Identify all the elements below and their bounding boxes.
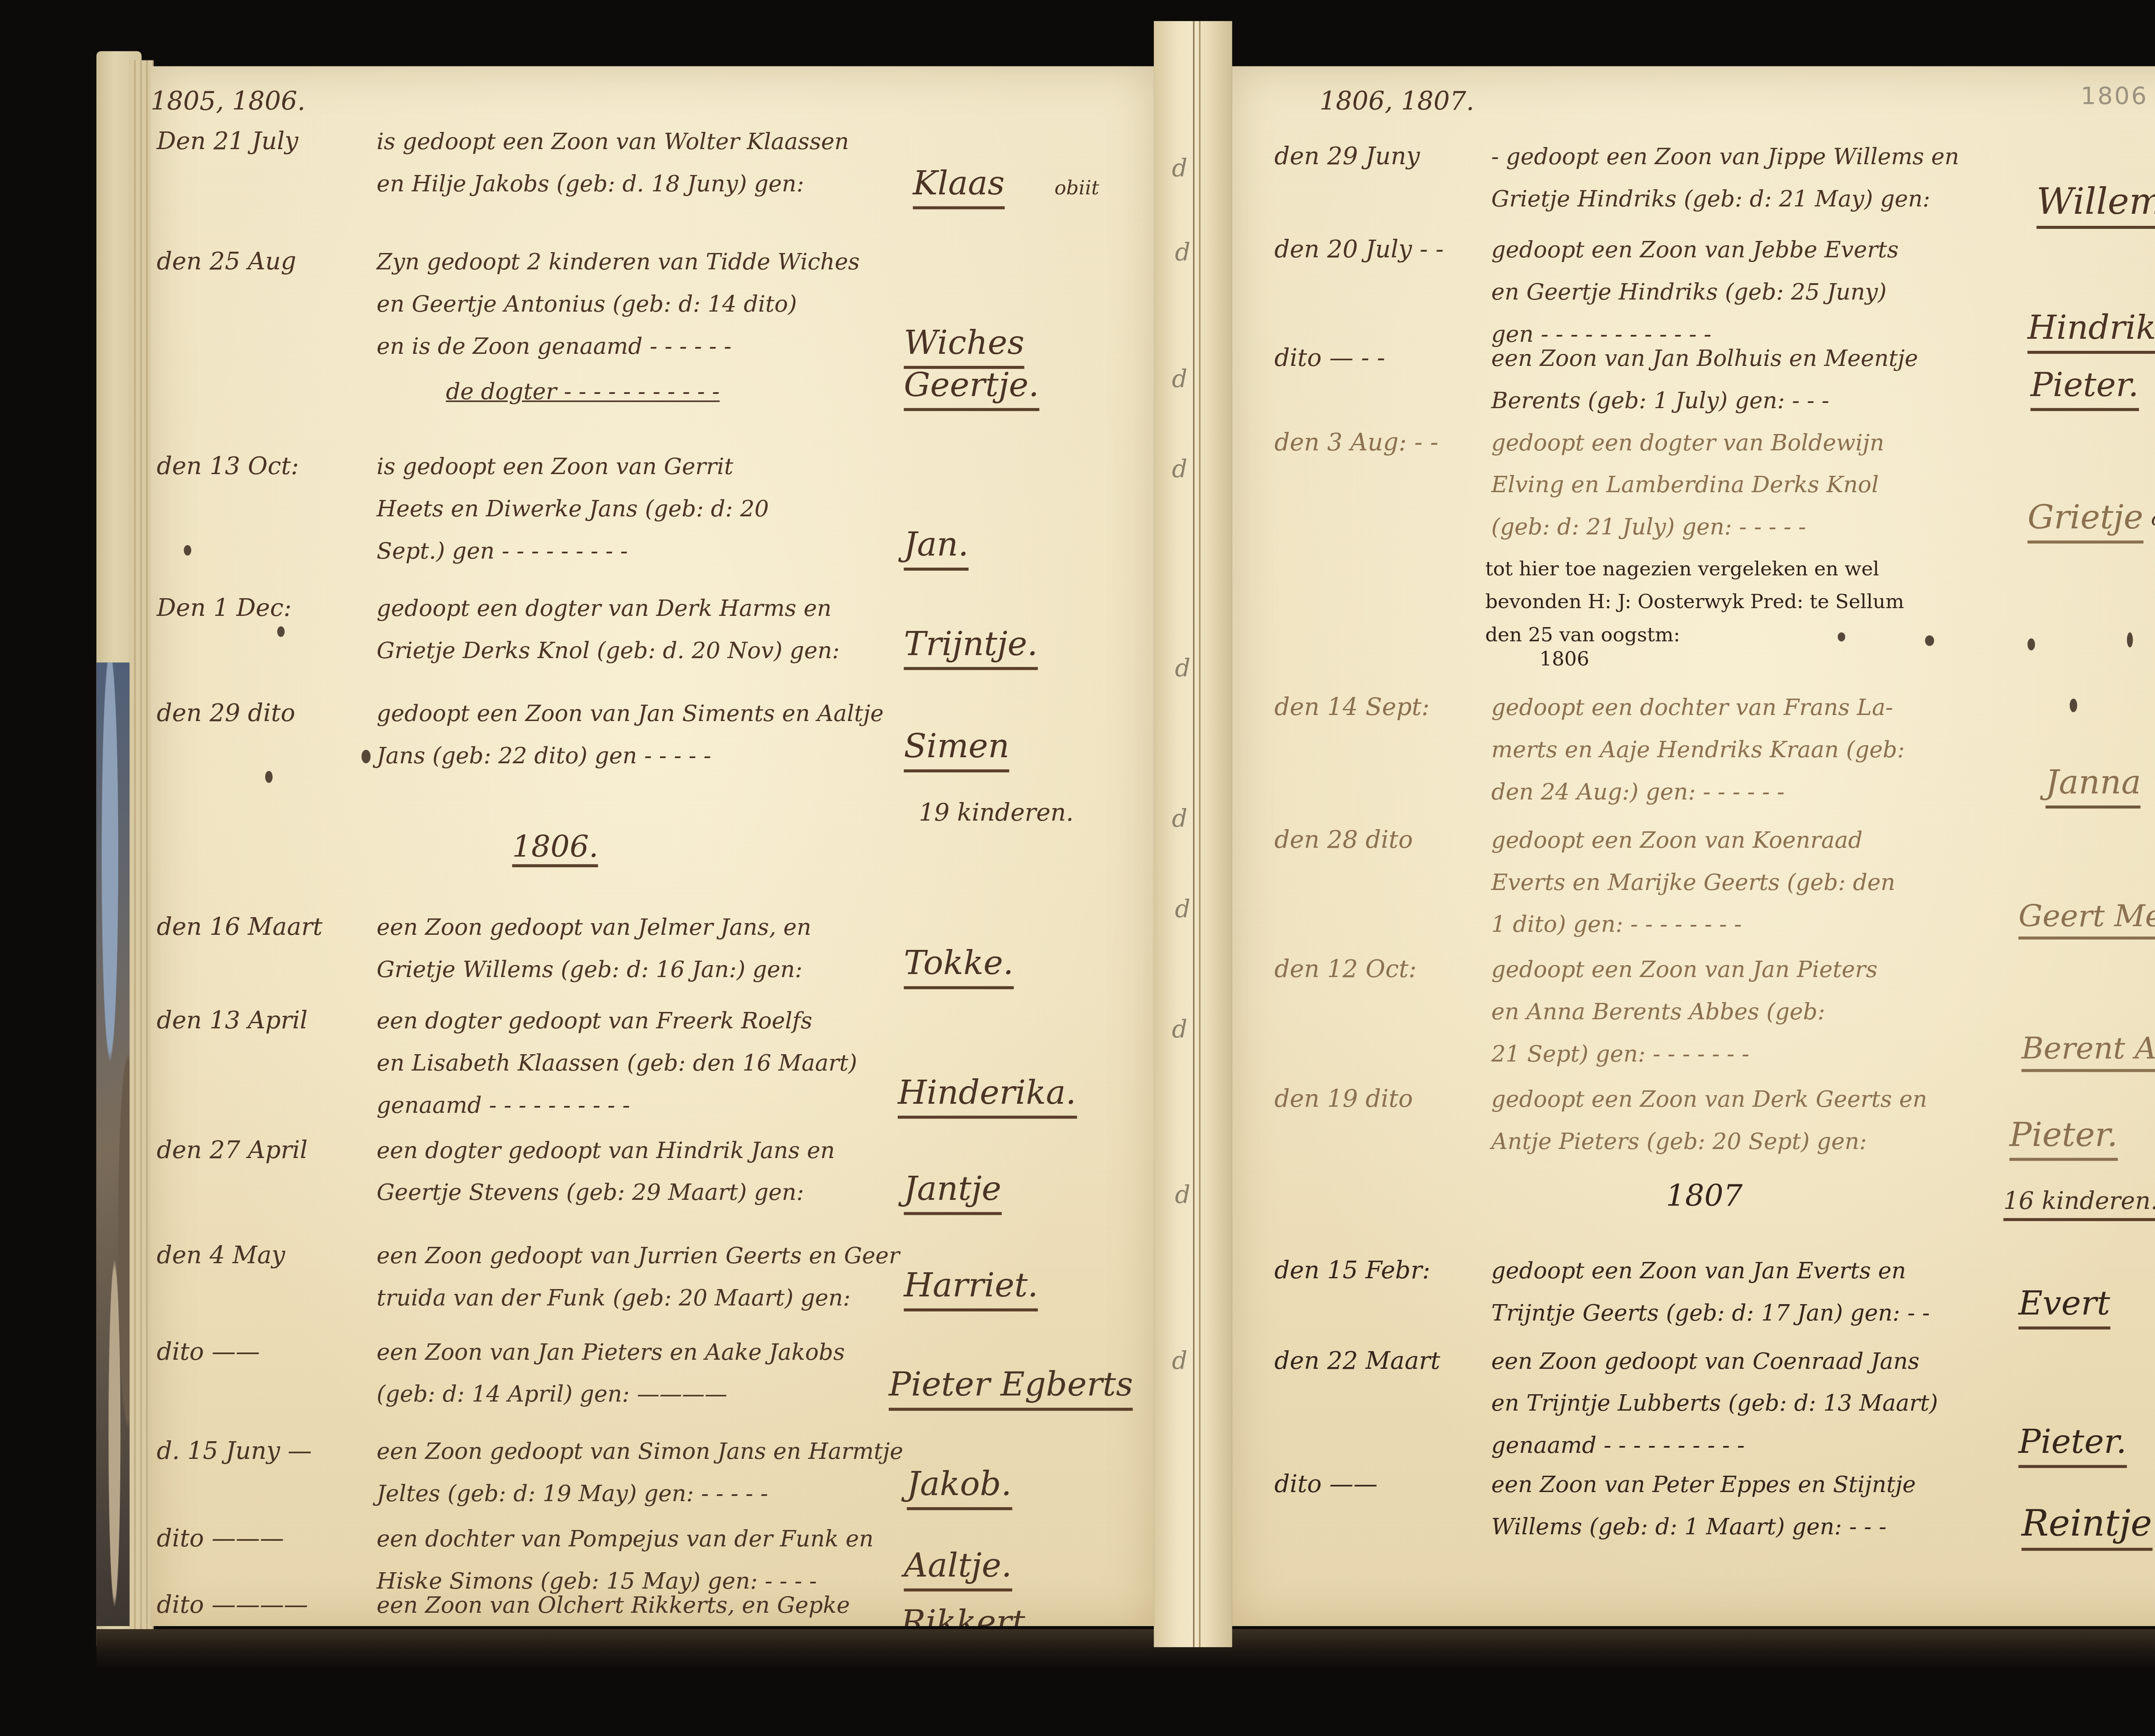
entry-date: den 14 Sept: <box>1274 693 1430 721</box>
entry-line: en Trijntje Lubberts (geb: d: 13 Maart) <box>1491 1382 1938 1424</box>
child-name: Pieter. <box>2018 1424 2127 1468</box>
entry-line: een Zoon gedoopt van Simon Jans en Harmt… <box>377 1430 903 1473</box>
entry-line: Grietje Willems (geb: d: 16 Jan:) gen: <box>377 949 812 991</box>
entry-line: 1 dito) gen: - - - - - - - - <box>1491 903 1895 946</box>
year-heading-1806: 1806. <box>512 828 598 867</box>
entry-line: Everts en Marijke Geerts (geb: den <box>1491 861 1895 903</box>
entry-text: een Zoon van Olchert Rikkerts, en Gepke … <box>377 1584 850 1626</box>
gutter-stub-letter: d <box>1175 894 1190 923</box>
entry-date: Den 1 Dec: <box>156 593 291 621</box>
entry-text: gedoopt een dogter van Derk Harms en Gri… <box>377 587 840 671</box>
entry-text: de dogter - - - - - - - - - - - <box>446 370 719 412</box>
entry-date: den 20 July - - <box>1274 235 1444 263</box>
child-name: Willem. <box>2036 181 2155 229</box>
entry-line: gedoopt een Zoon van Jan Siments en Aalt… <box>377 693 884 735</box>
gutter-stub-letter: d <box>1172 804 1187 833</box>
attestation-line: tot hier toe nagezien vergeleken en wel <box>1485 554 1904 587</box>
child-name: Pieter. <box>2030 367 2139 411</box>
entry-line: een dogter gedoopt van Freerk Roelfs <box>377 1000 857 1042</box>
entry-line: (geb: d: 21 July) gen: - - - - - <box>1491 506 1884 548</box>
ink-blot <box>265 771 272 783</box>
children-count-1805: 19 kinderen. <box>919 798 1074 827</box>
entry-line: Jans (geb: 22 dito) gen - - - - - <box>377 735 884 777</box>
entry-date: den 4 May <box>156 1241 285 1269</box>
ink-blot <box>277 626 284 637</box>
entry-text: gedoopt een Zoon van Jan Everts en Trijn… <box>1491 1250 1930 1334</box>
entry-date: den 16 Maart <box>156 912 322 941</box>
entry-line: Willems (geb: d: 1 Maart) gen: - - - <box>1491 1506 1916 1548</box>
attestation-note: tot hier toe nagezien vergeleken en wel … <box>1485 554 1904 678</box>
entry-line: een Zoon van Peter Eppes en Stijntje <box>1491 1464 1916 1506</box>
child-name: Berent Abbes <box>2021 1030 2155 1072</box>
entry-line: Jeltes (geb: d: 19 May) gen: - - - - - <box>377 1473 903 1515</box>
entry-line: een Zoon gedoopt van Coenraad Jans <box>1491 1340 1938 1382</box>
gutter-stub-letter: d <box>1175 653 1190 682</box>
entry-line: gedoopt een dogter van Boldewijn <box>1491 422 1884 464</box>
child-name: Hindrik <box>2027 310 2155 354</box>
child-name: Tokke. <box>904 946 1014 989</box>
child-name: Janna <box>2046 765 2141 809</box>
entry-text: gedoopt een dogter van Boldewijn Elving … <box>1491 422 1884 548</box>
page-stack-left <box>130 60 154 1638</box>
entry-text: gedoopt een Zoon van Koenraad Everts en … <box>1491 819 1895 945</box>
entry-line: gedoopt een Zoon van Derk Geerts en <box>1491 1078 1927 1120</box>
entry-text: een Zoon gedoopt van Coenraad Jans en Tr… <box>1491 1340 1938 1466</box>
entry-date: den 12 Oct: <box>1274 955 1417 983</box>
entry-date: den 22 Maart <box>1274 1346 1440 1374</box>
child-name: Rikkert <box>901 1605 1025 1626</box>
entry-date: dito —— <box>156 1337 259 1365</box>
book-gutter: d d d d d d d d d d <box>1154 21 1232 1647</box>
entry-line: 21 Sept) gen: - - - - - - - <box>1491 1033 1877 1075</box>
child-name: Geert Mentes <box>2018 897 2155 940</box>
entry-date: den 3 Aug: - - <box>1274 428 1438 456</box>
ink-blot <box>1925 635 1934 646</box>
gutter-stub-letter: d <box>1172 1346 1187 1374</box>
entry-line: Grietje Derks Knol (geb: d. 20 Nov) gen: <box>377 629 840 671</box>
attestation-year: 1806 <box>1485 644 1904 678</box>
child-name: Geertje. <box>904 367 1039 411</box>
entry-line: en Lisabeth Klaassen (geb: den 16 Maart) <box>377 1042 857 1084</box>
entry-line: gedoopt een dochter van Frans La- <box>1491 687 1905 729</box>
child-name: Jan. <box>904 527 969 571</box>
ink-blot <box>2070 699 2077 712</box>
entry-line: een Zoon van Jan Pieters en Aake Jakobs <box>377 1331 845 1373</box>
child-name: Evert <box>2018 1286 2110 1329</box>
entry-text: een Zoon gedoopt van Jurrien Geerts en G… <box>377 1235 899 1319</box>
entry-line: Elving en Lamberdina Derks Knol <box>1491 464 1884 506</box>
obiit-annotation: obiit <box>1054 178 1099 200</box>
child-name: Trijntje. <box>904 626 1038 670</box>
entry-line: (geb: d: 14 April) gen: ———— <box>377 1373 845 1415</box>
entry-text: een Zoon van Jan Pieters en Aake Jakobs … <box>377 1331 845 1415</box>
entry-line: is gedoopt een Zoon van Gerrit <box>377 446 769 488</box>
entry-line: genaamd - - - - - - - - - - <box>1491 1424 1938 1467</box>
entry-line: een Zoon van Olchert Rikkerts, en Gepke <box>377 1584 850 1626</box>
entry-text: een Zoon van Jan Bolhuis en Meentje Bere… <box>1491 337 1918 422</box>
child-name: Harriet. <box>904 1268 1038 1311</box>
entry-text: gedoopt een Zoon van Jebbe Everts en Gee… <box>1491 229 1899 355</box>
child-name: Simen <box>904 729 1009 772</box>
entry-text: is gedoopt een Zoon van Wolter Klaassen … <box>377 120 849 205</box>
entry-text: gedoopt een Zoon van Derk Geerts en Antj… <box>1491 1078 1927 1162</box>
entry-date: den 19 dito <box>1274 1084 1413 1112</box>
header-years: 1805, 1806. <box>150 87 305 118</box>
child-name: Klaas <box>913 165 1005 209</box>
entry-line: Zyn gedoopt 2 kinderen van Tidde Wiches <box>377 241 860 283</box>
child-name: Pieter. <box>2009 1117 2118 1161</box>
obiit-annotation: obiit <box>2151 509 2155 531</box>
entry-line: Trijntje Geerts (geb: d: 17 Jan) gen: - … <box>1491 1292 1930 1334</box>
entry-line: en Anna Berents Abbes (geb: <box>1491 991 1877 1033</box>
entry-text: gedoopt een dochter van Frans La- merts … <box>1491 687 1905 813</box>
entry-line: een Zoon van Jan Bolhuis en Meentje <box>1491 337 1918 380</box>
child-name: Reintje <box>2021 1503 2152 1551</box>
entry-line: een Zoon gedoopt van Jurrien Geerts en G… <box>377 1235 899 1277</box>
entry-line: Grietje Hindriks (geb: d: 21 May) gen: <box>1491 178 1959 220</box>
child-name: Jakob. <box>907 1467 1012 1510</box>
entry-line: en Hilje Jakobs (geb: d. 18 Juny) gen: <box>377 162 849 205</box>
entry-line: en is de Zoon genaamd - - - - - - <box>377 325 860 368</box>
entry-text: is gedoopt een Zoon van Gerrit Heets en … <box>377 446 769 572</box>
child-name: Pieter Egberts <box>889 1367 1133 1411</box>
entry-text: een dogter gedoopt van Freerk Roelfs en … <box>377 1000 857 1126</box>
archive-stamp: 1806 <box>2080 81 2148 110</box>
entry-line: gedoopt een dogter van Derk Harms en <box>377 587 840 629</box>
entry-date: den 13 April <box>156 1006 307 1034</box>
entry-line: den 24 Aug:) gen: - - - - - - <box>1491 771 1905 813</box>
ink-blot <box>2027 638 2035 650</box>
entry-text: een Zoon gedoopt van Jelmer Jans, en Gri… <box>377 906 812 991</box>
entry-text: een dogter gedoopt van Hindrik Jans en G… <box>377 1129 835 1214</box>
book-scan: d d d d d d d d d d 1805, 1806. Den 21 J… <box>0 0 2155 1736</box>
entry-line: gedoopt een Zoon van Jebbe Everts <box>1491 229 1899 271</box>
entry-text: een Zoon van Peter Eppes en Stijntje Wil… <box>1491 1464 1916 1548</box>
entry-line: is gedoopt een Zoon van Wolter Klaassen <box>377 120 849 162</box>
entry-line: gedoopt een Zoon van Jan Everts en <box>1491 1250 1930 1292</box>
child-name: Grietje <box>2027 500 2143 543</box>
gutter-stub-letter: d <box>1175 238 1190 266</box>
entry-line: gedoopt een Zoon van Jan Pieters <box>1491 949 1877 991</box>
entry-date: den 15 Febr: <box>1274 1256 1430 1284</box>
right-page: 1806, 1807. 1806 32 den 29 Juny - gedoop… <box>1232 66 2155 1626</box>
gutter-seam <box>1193 21 1194 1647</box>
entry-line: en Geertje Antonius (geb: d: 14 dito) <box>377 283 860 325</box>
entry-text: een Zoon gedoopt van Simon Jans en Harmt… <box>377 1430 903 1515</box>
entry-line: - gedoopt een Zoon van Jippe Willems en <box>1491 135 1959 178</box>
ink-blot <box>184 545 191 556</box>
entry-text: - gedoopt een Zoon van Jippe Willems en … <box>1491 135 1959 220</box>
entry-line: een dochter van Pompejus van der Funk en <box>377 1517 874 1560</box>
entry-date: dito — - - <box>1274 343 1385 372</box>
gutter-stub-letter: d <box>1172 364 1187 393</box>
book-bottom-edge <box>97 1629 2155 1668</box>
entry-line: gedoopt een Zoon van Koenraad <box>1491 819 1895 861</box>
left-page: 1805, 1806. Den 21 July is gedoopt een Z… <box>150 66 1154 1626</box>
entry-line: Antje Pieters (geb: 20 Sept) gen: <box>1491 1120 1927 1162</box>
entry-date: den 28 dito <box>1274 825 1413 853</box>
gutter-stub-letter: d <box>1172 153 1187 182</box>
entry-date: den 29 dito <box>156 699 295 727</box>
header-years: 1806, 1807. <box>1320 87 1474 118</box>
entry-date: dito ——— <box>156 1524 284 1552</box>
gutter-stub-letter: d <box>1172 1015 1187 1043</box>
entry-line: Berents (geb: 1 July) gen: - - - <box>1491 379 1918 422</box>
ink-blot <box>2127 632 2133 647</box>
gutter-stub-letter: d <box>1172 455 1187 483</box>
entry-date: den 13 Oct: <box>156 452 299 480</box>
entry-date: dito —— <box>1274 1470 1377 1498</box>
year-heading-1807: 1807 <box>1666 1177 1743 1214</box>
entry-line: de dogter - - - - - - - - - - - <box>446 370 719 412</box>
attestation-line: bevonden H: J: Oosterwyk Pred: te Sellum <box>1485 587 1904 620</box>
entry-line: truida van der Funk (geb: 20 Maart) gen: <box>377 1277 899 1319</box>
entry-text: Zyn gedoopt 2 kinderen van Tidde Wiches … <box>377 241 860 367</box>
entry-date: Den 21 July <box>156 126 298 155</box>
entry-line: een dogter gedoopt van Hindrik Jans en <box>377 1129 835 1171</box>
entry-text: gedoopt een Zoon van Jan Siments en Aalt… <box>377 693 884 777</box>
ink-blot <box>1838 632 1845 641</box>
entry-line: genaamd - - - - - - - - - - <box>377 1084 857 1126</box>
gutter-seam <box>1199 21 1200 1647</box>
children-count-1806: 16 kinderen. <box>2003 1186 2155 1221</box>
entry-text: gedoopt een Zoon van Jan Pieters en Anna… <box>1491 949 1877 1075</box>
entry-line: merts en Aaje Hendriks Kraan (geb: <box>1491 729 1905 771</box>
entry-date: den 29 Juny <box>1274 141 1420 170</box>
child-name: Wiches <box>904 325 1024 369</box>
child-name: Jantje <box>904 1171 1001 1215</box>
entry-line: en Geertje Hindriks (geb: 25 Juny) <box>1491 271 1899 313</box>
entry-line: Heets en Diwerke Jans (geb: d: 20 <box>377 488 769 530</box>
entry-line: Geertje Stevens (geb: 29 Maart) gen: <box>377 1171 835 1214</box>
entry-date: dito ———— <box>156 1590 308 1618</box>
entry-date: d. 15 Juny — <box>156 1436 312 1465</box>
child-name: Aaltje. <box>904 1548 1012 1591</box>
entry-date: den 27 April <box>156 1135 307 1164</box>
entry-line: een Zoon gedoopt van Jelmer Jans, en <box>377 906 812 949</box>
gutter-stub-letter: d <box>1175 1180 1190 1209</box>
entry-date: den 25 Aug <box>156 247 296 275</box>
entry-line: Sept.) gen - - - - - - - - - <box>377 530 769 572</box>
child-name: Hinderika. <box>898 1075 1076 1118</box>
ink-blot <box>362 750 371 763</box>
